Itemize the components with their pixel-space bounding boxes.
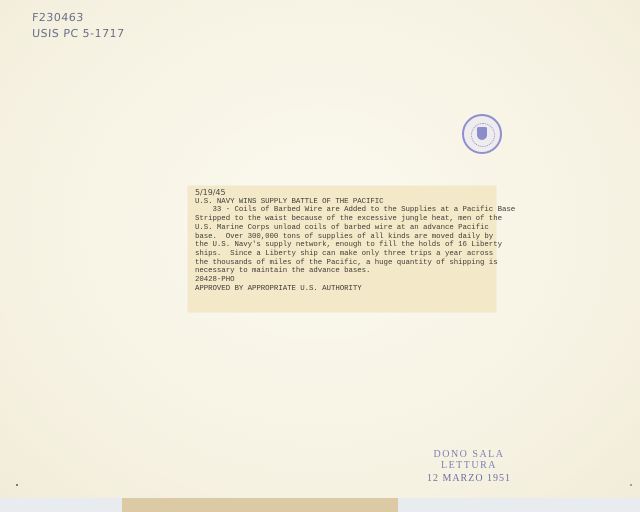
donation-date-stamp: DONO SALA LETTURA 12 MARZO 1951 (404, 449, 534, 484)
usis-reference: USIS PC 5-1717 (32, 26, 125, 42)
caption-line: the thousands of miles of the Pacific, a… (195, 259, 495, 268)
caption-line: U.S. Marine Corps unload coils of barbed… (195, 224, 495, 233)
library-seal-stamp (462, 114, 502, 154)
caption-date: 5/19/45 (195, 189, 495, 198)
caption-text-block: 5/19/45U.S. NAVY WINS SUPPLY BATTLE OF T… (195, 189, 495, 293)
press-caption-slip: 5/19/45U.S. NAVY WINS SUPPLY BATTLE OF T… (188, 186, 496, 312)
paper-speck (630, 484, 632, 486)
caption-line: Stripped to the waist because of the exc… (195, 215, 495, 224)
archive-id: F230463 (32, 10, 125, 26)
photo-back-sheet: F230463 USIS PC 5-1717 5/19/45U.S. NAVY … (0, 0, 640, 498)
donation-stamp-date: 12 MARZO 1951 (404, 473, 534, 484)
caption-line: 33 - Coils of Barbed Wire are Added to t… (195, 206, 495, 215)
caption-line: ships. Since a Liberty ship can make onl… (195, 250, 495, 259)
paper-speck (16, 484, 18, 486)
underlying-photo-edge (122, 498, 398, 512)
caption-approval: APPROVED BY APPROPRIATE U.S. AUTHORITY (195, 285, 495, 294)
shield-icon (477, 127, 487, 140)
caption-code: 20428-PHO (195, 276, 495, 285)
caption-line: base. Over 300,000 tons of supplies of a… (195, 233, 495, 242)
caption-headline: U.S. NAVY WINS SUPPLY BATTLE OF THE PACI… (195, 198, 495, 207)
archive-reference-notes: F230463 USIS PC 5-1717 (32, 10, 125, 42)
donation-stamp-line1: DONO SALA LETTURA (404, 449, 534, 471)
caption-line: the U.S. Navy's supply network, enough t… (195, 241, 495, 250)
caption-line: necessary to maintain the advance bases. (195, 267, 495, 276)
